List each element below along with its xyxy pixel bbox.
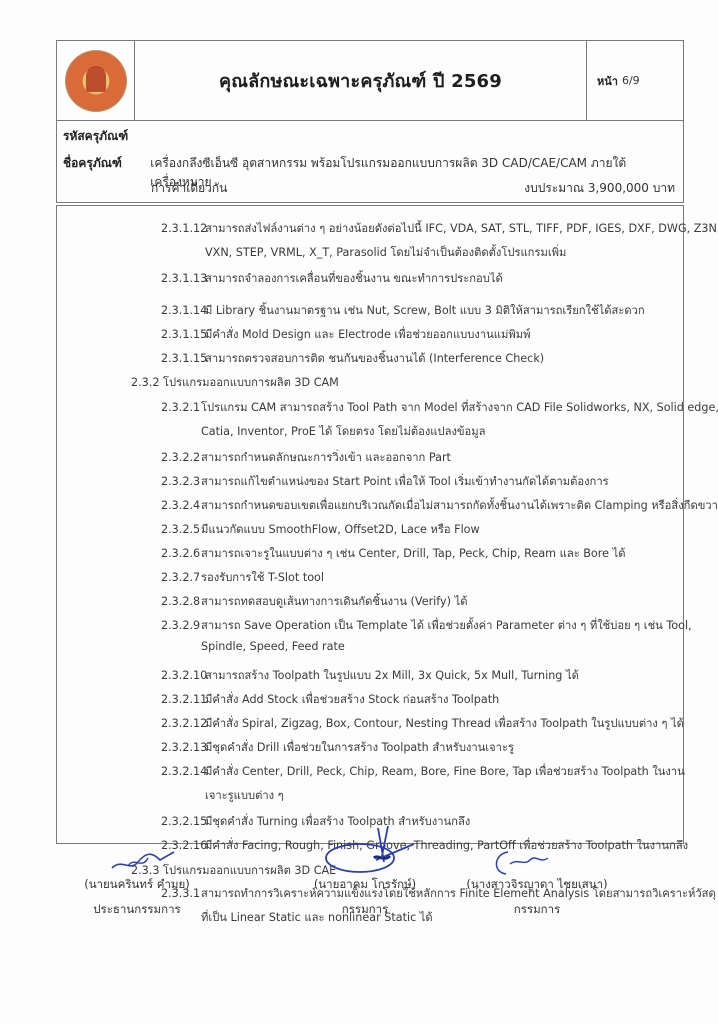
section-heading: 2.3.2โปรแกรมออกแบบการผลิต 3D CAM [131,373,339,391]
spec-item: 2.3.2.8สามารถทดสอบดูเส้นทางการเดินกัดชิ้… [161,592,467,610]
spec-item: 2.3.1.13สามารถจำลองการเคลื่อนที่ของชิ้นง… [161,269,503,287]
spec-number: 2.3.2.10 [161,669,205,682]
equipment-info: รหัสครุภัณฑ์ ชื่อครุภัณฑ์ เครื่องกลึงซีเ… [56,121,684,203]
spec-text: โปรแกรม CAM สามารถสร้าง Tool Path จาก Mo… [201,401,718,414]
signatory-role: กรรมการ [290,901,440,919]
signatory-name: (นายนครินทร์ คำมุย) [62,876,212,894]
budget-amount: งบประมาณ 3,900,000 บาท [524,179,675,198]
spec-number: 2.3.2.15 [161,815,205,828]
signatory-role: ประธานกรรมการ [62,901,212,919]
spec-item: 2.3.1.12สามารถส่งไฟล์งานต่าง ๆ อย่างน้อย… [161,219,718,237]
spec-text: มีชุดคำสั่ง Drill เพื่อช่วยในการสร้าง To… [205,741,514,754]
spec-text: สามารถแก้ไขตำแหน่งของ Start Point เพื่อใ… [201,475,609,488]
spec-number: 2.3.2.14 [161,765,205,778]
spec-text: โปรแกรมออกแบบการผลิต 3D CAM [163,376,339,389]
spec-item: 2.3.1.15สามารถตรวจสอบการติด ชนกันของชิ้น… [161,349,544,367]
document-header: คุณลักษณะเฉพาะครุภัณฑ์ ปี 2569 หน้า 6/9 [56,40,684,121]
spec-text: สามารถสร้าง Toolpath ในรูปแบบ 2x Mill, 3… [205,669,579,682]
spec-number: 2.3.2.12 [161,717,205,730]
spec-item: 2.3.2.4สามารถกำหนดขอบเขตเพื่อแยกบริเวณกั… [161,496,718,514]
spec-number: 2.3.2.11 [161,693,205,706]
emblem-logo-icon [65,50,127,112]
equipment-name-label: ชื่อครุภัณฑ์ [63,154,150,192]
spec-text: มีคำสั่ง Add Stock เพื่อช่วยสร้าง Stock … [205,693,499,706]
logo-cell [57,41,135,120]
spec-item: 2.3.2.5มีแนวกัดแบบ SmoothFlow, Offset2D,… [161,520,480,538]
signature-scribble-2-icon [318,826,418,876]
document-title: คุณลักษณะเฉพาะครุภัณฑ์ ปี 2569 [219,66,502,95]
spec-number: 2.3.2 [131,376,163,389]
spec-number: 2.3.2.2 [161,451,201,464]
spec-text: สามารถ Save Operation เป็น Template ได้ … [201,619,692,632]
spec-item: 2.3.1.15มีคำสั่ง Mold Design และ Electro… [161,325,530,343]
spec-number: 2.3.1.12 [161,222,205,235]
spec-text: มีคำสั่ง Center, Drill, Peck, Chip, Ream… [205,765,685,778]
spec-item: 2.3.2.7รองรับการใช้ T-Slot tool [161,568,324,586]
spec-number: 2.3.1.14 [161,304,205,317]
signature-scribble-3-icon [488,848,558,878]
spec-text-continuation: Catia, Inventor, ProE ได้ โดยตรง โดยไม่ต… [201,422,486,440]
spec-text-continuation: Spindle, Speed, Feed rate [201,640,345,653]
title-cell: คุณลักษณะเฉพาะครุภัณฑ์ ปี 2569 [135,41,587,120]
spec-number: 2.3.2.6 [161,547,201,560]
spec-item: 2.3.2.6สามารถเจาะรูในแบบต่าง ๆ เช่น Cent… [161,544,625,562]
signature-chairman: (นายนครินทร์ คำมุย) ประธานกรรมการ [62,876,212,919]
spec-text-continuation: เจาะรูแบบต่าง ๆ [205,786,284,804]
spec-text: สามารถกำหนดขอบเขตเพื่อแยกบริเวณกัดเมื่อไ… [201,499,718,512]
signatory-name: (นายอาคม โกรรักษ์) [290,876,440,894]
spec-text: มี Library ชิ้นงานมาตรฐาน เช่น Nut, Scre… [205,304,645,317]
spec-text: สามารถทดสอบดูเส้นทางการเดินกัดชิ้นงาน (V… [201,595,467,608]
spec-number: 2.3.1.13 [161,272,205,285]
spec-item: 2.3.2.10สามารถสร้าง Toolpath ในรูปแบบ 2x… [161,666,579,684]
spec-number: 2.3.2.1 [161,401,201,414]
spec-item: 2.3.2.15มีชุดคำสั่ง Turning เพื่อสร้าง T… [161,812,470,830]
spec-text: รองรับการใช้ T-Slot tool [201,571,324,584]
spec-number: 2.3.2.8 [161,595,201,608]
signature-committee-1: (นายอาคม โกรรักษ์) กรรมการ [290,876,440,919]
spec-text: มีคำสั่ง Mold Design และ Electrode เพื่อ… [205,328,530,341]
signature-committee-2: (นางสาวจิรญาดา ไชยเสนา) กรรมการ [452,876,622,919]
spec-number: 2.3.2.7 [161,571,201,584]
spec-item: 2.3.2.12มีคำสั่ง Spiral, Zigzag, Box, Co… [161,714,684,732]
spec-number: 2.3.2.9 [161,619,201,632]
spec-item: 2.3.2.14มีคำสั่ง Center, Drill, Peck, Ch… [161,762,685,780]
spec-number: 2.3.2.13 [161,741,205,754]
equipment-name-line2: การค้าเดียวกัน [151,179,227,198]
spec-item: 2.3.2.9สามารถ Save Operation เป็น Templa… [161,616,692,634]
signature-scribble-1-icon [108,848,178,876]
spec-item: 2.3.2.13มีชุดคำสั่ง Drill เพื่อช่วยในการ… [161,738,514,756]
spec-text: มีแนวกัดแบบ SmoothFlow, Offset2D, Lace ห… [201,523,480,536]
spec-number: 2.3.2.5 [161,523,201,536]
spec-text: มีคำสั่ง Facing, Rough, Finish, Groove, … [205,839,688,852]
spec-text: สามารถส่งไฟล์งานต่าง ๆ อย่างน้อยดังต่อไป… [205,222,718,235]
spec-item: 2.3.2.16มีคำสั่ง Facing, Rough, Finish, … [161,836,688,854]
page-number: 6/9 [622,74,640,87]
specification-list: 2.3.1.12สามารถส่งไฟล์งานต่าง ๆ อย่างน้อย… [56,205,684,844]
spec-number: 2.3.1.15 [161,352,205,365]
page-number-cell: หน้า 6/9 [587,41,683,120]
spec-text: สามารถกำหนดลักษณะการวิ่งเข้า และออกจาก P… [201,451,451,464]
spec-item: 2.3.2.1โปรแกรม CAM สามารถสร้าง Tool Path… [161,398,718,416]
equipment-code-label: รหัสครุภัณฑ์ [63,127,128,146]
spec-text: สามารถตรวจสอบการติด ชนกันของชิ้นงานได้ (… [205,352,544,365]
spec-item: 2.3.2.3สามารถแก้ไขตำแหน่งของ Start Point… [161,472,609,490]
spec-number: 2.3.2.4 [161,499,201,512]
page-label: หน้า [597,72,618,90]
spec-item: 2.3.2.11มีคำสั่ง Add Stock เพื่อช่วยสร้า… [161,690,499,708]
spec-text: มีคำสั่ง Spiral, Zigzag, Box, Contour, N… [205,717,684,730]
document-page: คุณลักษณะเฉพาะครุภัณฑ์ ปี 2569 หน้า 6/9 … [0,0,718,1024]
spec-number: 2.3.1.15 [161,328,205,341]
spec-item: 2.3.2.2สามารถกำหนดลักษณะการวิ่งเข้า และอ… [161,448,451,466]
spec-number: 2.3.2.3 [161,475,201,488]
spec-text-continuation: VXN, STEP, VRML, X_T, Parasolid โดยไม่จำ… [205,243,566,261]
signatory-role: กรรมการ [452,901,622,919]
spec-text: สามารถเจาะรูในแบบต่าง ๆ เช่น Center, Dri… [201,547,625,560]
spec-item: 2.3.1.14มี Library ชิ้นงานมาตรฐาน เช่น N… [161,301,645,319]
spec-text: สามารถจำลองการเคลื่อนที่ของชิ้นงาน ขณะทำ… [205,272,503,285]
signatory-name: (นางสาวจิรญาดา ไชยเสนา) [452,876,622,894]
